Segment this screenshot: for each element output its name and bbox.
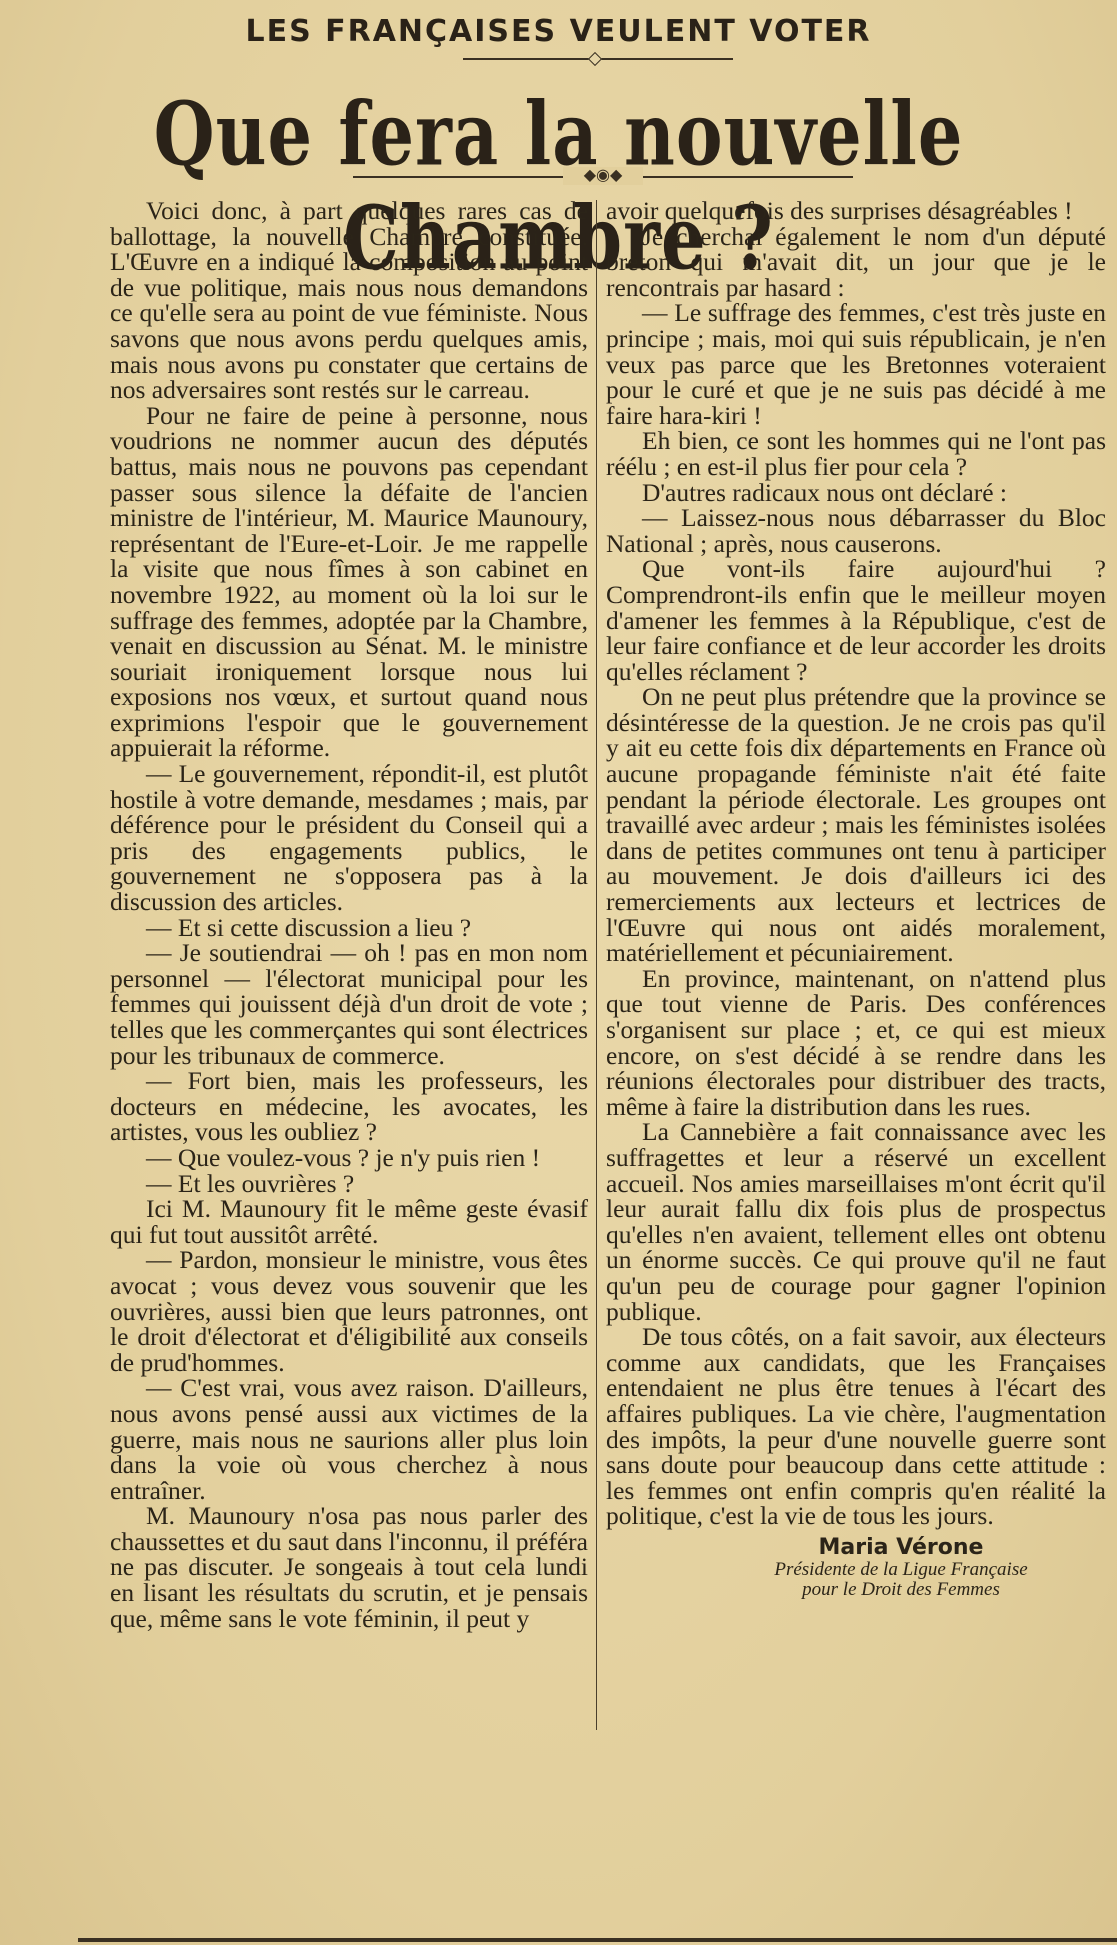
ornament-icon: ◆◉◆ <box>563 167 643 185</box>
bottom-rule <box>78 1938 1117 1942</box>
paragraph: La Cannebière a fait connaissance avec l… <box>606 1119 1106 1324</box>
paragraph: — Je soutiendrai — oh ! pas en mon nom p… <box>110 940 588 1068</box>
paragraph: — Et les ouvrières ? <box>110 1171 588 1197</box>
paragraph: — Fort bien, mais les professeurs, les d… <box>110 1068 588 1145</box>
paragraph: — Que voulez-vous ? je n'y puis rien ! <box>110 1145 588 1171</box>
column-divider <box>596 200 597 1730</box>
paragraph: De tous côtés, on a fait savoir, aux éle… <box>606 1324 1106 1529</box>
paragraph: — Le suffrage des femmes, c'est très jus… <box>606 300 1106 428</box>
paragraph: — Le gouvernement, répondit-il, est plut… <box>110 761 588 915</box>
paragraph: Voici donc, à part quelques rares cas de… <box>110 198 588 403</box>
paragraph: — Pardon, monsieur le ministre, vous ête… <box>110 1247 588 1375</box>
paragraph: On ne peut plus prétendre que la provinc… <box>606 684 1106 966</box>
newspaper-page: LES FRANÇAISES VEULENT VOTER Que fera la… <box>0 0 1117 1945</box>
paragraph: M. Maunoury n'osa pas nous parler des ch… <box>110 1503 588 1631</box>
paragraph: Pour ne faire de peine à personne, nous … <box>110 403 588 761</box>
paragraph: — C'est vrai, vous avez raison. D'ailleu… <box>110 1375 588 1503</box>
diamond-ornament-icon <box>588 52 602 66</box>
headline-rule: ◆◉◆ <box>353 176 853 178</box>
paragraph: — Laissez-nous nous débarrasser du Bloc … <box>606 505 1106 556</box>
author-title-line2: pour le Droit des Femmes <box>606 1580 1106 1600</box>
paragraph: Eh bien, ce sont les hommes qui ne l'ont… <box>606 428 1106 479</box>
author-name: Maria Vérone <box>606 1535 1106 1561</box>
author-title: Présidente de la Ligue Française <box>606 1560 1106 1580</box>
paragraph: Ici M. Maunoury fit le même geste évasif… <box>110 1196 588 1247</box>
paragraph: En province, maintenant, on n'attend plu… <box>606 966 1106 1120</box>
kicker-rule <box>463 58 733 60</box>
paragraph: Je cherchai également le nom d'un député… <box>606 224 1106 301</box>
paragraph: avoir quelquefois des surprises désagréa… <box>606 198 1106 224</box>
paragraph: Que vont-ils faire aujourd'hui ? Compren… <box>606 556 1106 684</box>
paragraph: — Et si cette discussion a lieu ? <box>110 915 588 941</box>
article-left-column: Voici donc, à part quelques rares cas de… <box>110 198 588 1631</box>
section-kicker: LES FRANÇAISES VEULENT VOTER <box>0 14 1117 49</box>
paragraph: D'autres radicaux nous ont déclaré : <box>606 480 1106 506</box>
article-right-column: avoir quelquefois des surprises désagréa… <box>606 198 1106 1600</box>
